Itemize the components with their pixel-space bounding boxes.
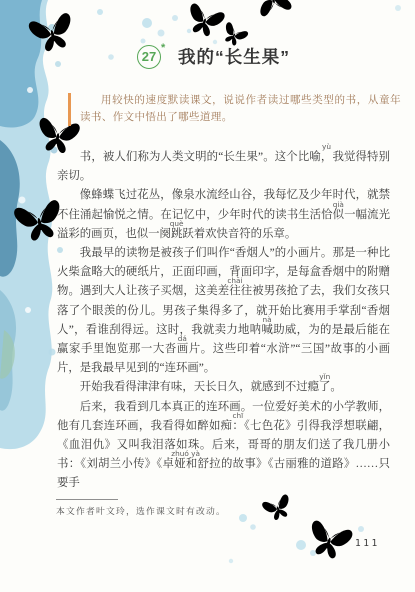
paragraph: 我最早的读物是被孩子们叫作“香烟人”的小画片。那是一种比火柴盒略大的硬纸片，正面… — [57, 244, 390, 378]
pinyin-label: dá — [155, 335, 187, 342]
pinyin-label: què — [147, 220, 184, 227]
reading-prompt-text: 用较快的速度默读课文，说说作者读过哪些类型的书，从童年读书、作文中悟出了哪些道理… — [80, 95, 401, 123]
butterfly-icon — [252, 0, 296, 24]
pinyin-label: chī — [210, 412, 243, 419]
lesson-title: 我的“长生果” — [178, 44, 290, 69]
pinyin-label: zhuó yà — [148, 450, 199, 457]
textbook-page: 27 * 我的“长生果” 用较快的速度默读课文，说说作者读过哪些类型的书，从童年… — [0, 0, 415, 592]
paragraph: 后来，我看到几本真正的连环画。一位爱好美术的小学教师，他有几套连环画，我看得如醉… — [57, 398, 390, 494]
reading-prompt-box: 用较快的速度默读课文，说说作者读过哪些类型的书，从童年读书、作文中悟出了哪些道理… — [68, 93, 401, 126]
pinyin-annotated-char: 卓娅zhuó yà — [163, 458, 186, 470]
pinyin-annotated-char: 痴chī — [221, 420, 233, 432]
pinyin-annotated-char: 喻yù — [309, 151, 321, 163]
pinyin-label: yù — [299, 143, 331, 150]
pinyin-annotated-char: 恰qià — [321, 209, 333, 221]
footnote: 本文作者叶文玲，选作课文时有改动。 — [56, 499, 286, 517]
lesson-header: 27 * 我的“长生果” — [137, 44, 290, 69]
pinyin-annotated-char: 瘾yǐn — [308, 381, 319, 393]
pinyin-annotated-char: 阕què — [160, 228, 171, 240]
pinyin-annotated-char: 沓dá — [165, 343, 177, 355]
butterfly-icon — [23, 3, 81, 61]
pinyin-label: chāi — [205, 277, 243, 284]
paragraph: 书，被人们称为人类文明的“长生果”。这个比喻yù，我觉得特别亲切。 — [57, 148, 390, 186]
lesson-number-badge: 27 — [137, 45, 161, 69]
pinyin-label: qià — [310, 201, 344, 208]
page-number: 111 — [355, 538, 380, 549]
pinyin-label: yǐn — [296, 373, 330, 380]
lesson-star-marker: * — [161, 42, 167, 54]
body-paragraphs: 书，被人们称为人类文明的“长生果”。这个比喻yù，我觉得特别亲切。像蜂蝶飞过花丛… — [57, 148, 390, 494]
paragraph: 像蜂蝶飞过花丛，像泉水流经山谷，我每忆及少年时代，就禁不住涌起愉悦之情。在记忆中… — [57, 186, 390, 244]
footnote-divider — [56, 499, 118, 500]
butterfly-icon — [300, 510, 358, 568]
paragraph: 开始我看得津津有味，天长日久，就感到不过瘾yǐn了。 — [57, 378, 390, 397]
pinyin-label: nà — [240, 316, 272, 323]
footnote-text: 本文作者叶文玲，选作课文时有改动。 — [56, 504, 286, 517]
pinyin-annotated-char: 呐nà — [250, 324, 262, 336]
pinyin-annotated-char: 差chāi — [218, 285, 230, 297]
